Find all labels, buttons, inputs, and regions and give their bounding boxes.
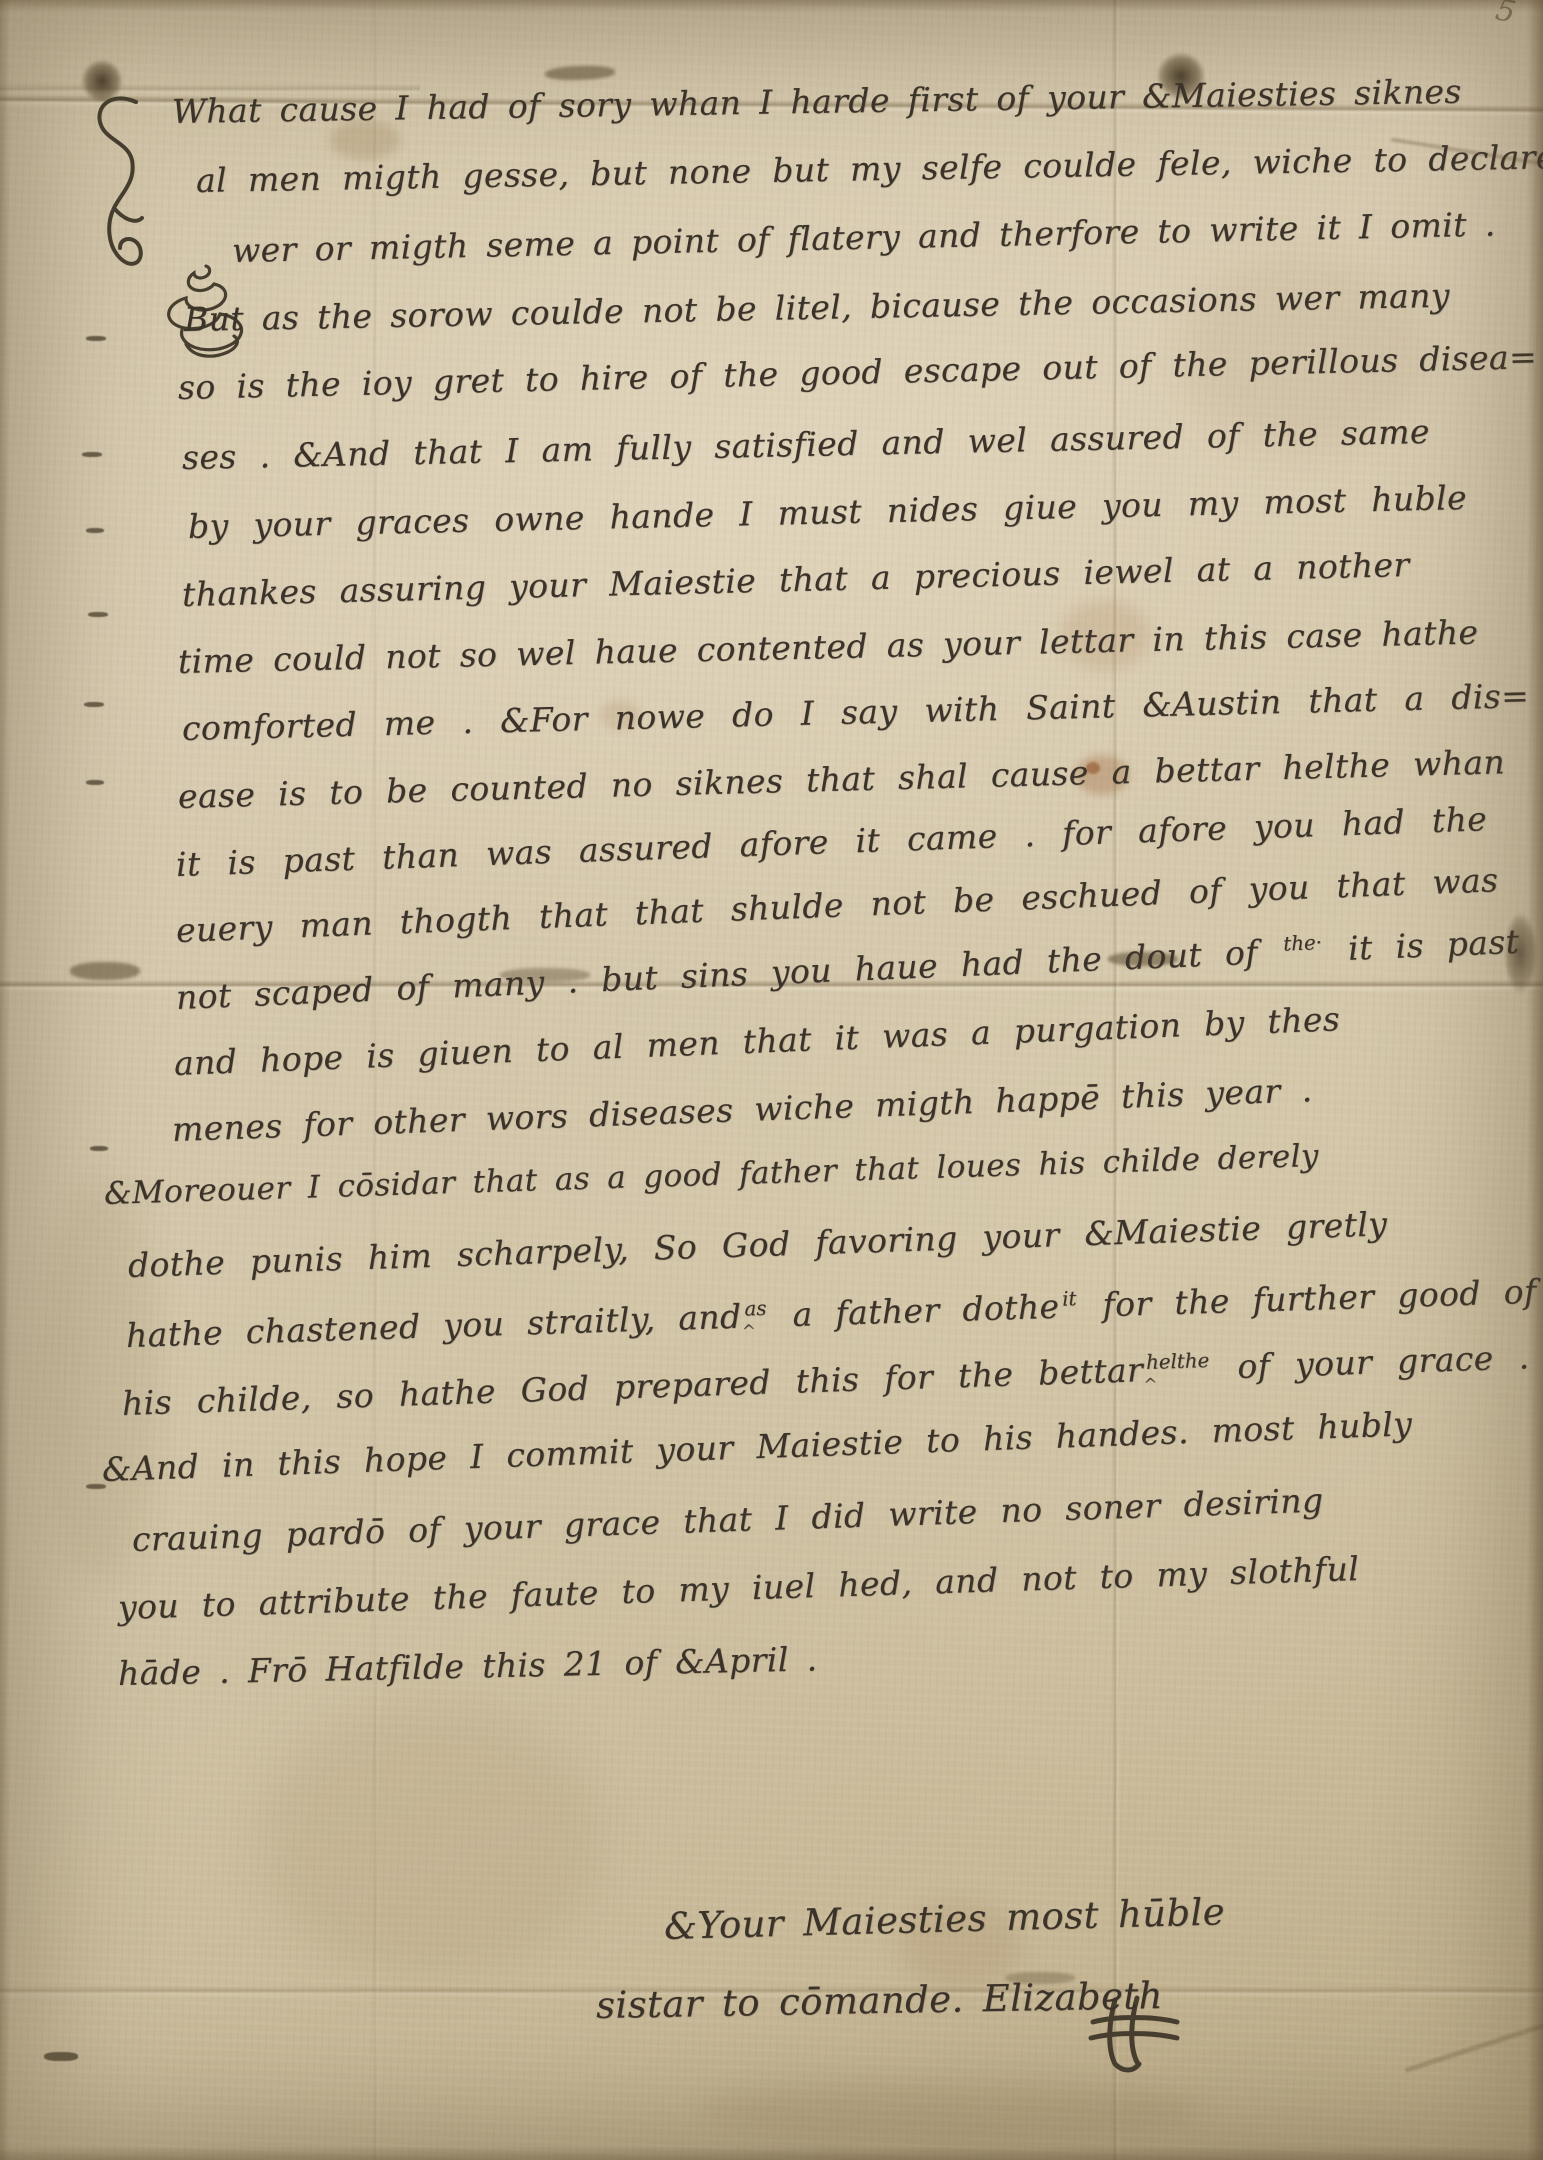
line-segment: ses . &And that I am fully satisfied and… xyxy=(182,412,1431,477)
letter-line: you to attribute the faute to my iuel he… xyxy=(117,1549,1359,1627)
letter-line: thankes assuring your Maiestie that a pr… xyxy=(182,545,1410,614)
line-segment: menes for other wors diseases wiche migt… xyxy=(171,1070,1313,1149)
letter-line: comforted me . &For nowe do I say with S… xyxy=(182,676,1530,748)
line-segment: not scaped of many . but sins you haue h… xyxy=(175,932,1281,1017)
crease-smudge xyxy=(70,962,140,980)
paper-edge-top xyxy=(0,0,1543,12)
stitch-mark xyxy=(84,702,104,707)
letter-line: and hope is giuen to al men that it was … xyxy=(173,999,1341,1083)
line-segment: you to attribute the faute to my iuel he… xyxy=(117,1549,1359,1627)
letter-line: crauing pardō of your grace that I did w… xyxy=(131,1480,1324,1559)
line-segment: by your graces owne hande I must nides g… xyxy=(188,478,1468,546)
line-segment: his childe, so hathe God prepared this f… xyxy=(121,1350,1143,1423)
line-segment: a father dothe xyxy=(769,1287,1060,1335)
line-segment: hāde . Frō Hatfilde this 21 of &April . xyxy=(118,1639,818,1693)
stitch-mark xyxy=(86,780,104,785)
line-segment: crauing pardō of your grace that I did w… xyxy=(131,1480,1324,1559)
line-segment: wer or migth seme a point of flatery and… xyxy=(232,205,1496,270)
letter-line: hathe chastened you straitly, and^as a f… xyxy=(125,1272,1537,1355)
letter-line: What cause I had of sory whan I harde fi… xyxy=(172,72,1462,131)
corner-crease-bottom-right xyxy=(1405,2000,1543,2073)
caret-mark: ^ xyxy=(742,1321,757,1340)
stitch-mark xyxy=(88,612,108,617)
stitch-mark xyxy=(86,528,104,533)
line-segment: hathe chastened you straitly, and xyxy=(125,1297,742,1355)
line-segment: dothe punis him scharpely, So God favori… xyxy=(127,1204,1388,1285)
line-segment: time could not so wel haue contented as … xyxy=(178,612,1479,680)
line-segment: so is the ioy gret to hire of the good e… xyxy=(178,337,1538,407)
caret-mark: ^ xyxy=(1143,1375,1158,1394)
interlinear-word: helthe xyxy=(1146,1349,1210,1374)
paper-edge-right xyxy=(1527,0,1543,2160)
stitch-mark xyxy=(44,2052,78,2061)
letter-line: so is the ioy gret to hire of the good e… xyxy=(178,337,1538,407)
letter-line: al men migth gesse, but none but my self… xyxy=(196,137,1543,200)
paper-edge-left xyxy=(0,0,10,2160)
closing-line: &Your Maiesties most hūble xyxy=(663,1890,1225,1948)
ink-blot xyxy=(74,52,130,110)
interlinear-word: as xyxy=(744,1297,767,1321)
line-segment: of your grace . xyxy=(1212,1337,1530,1386)
crease-smudge xyxy=(545,65,615,81)
line-segment: sistar to cōmande. Elizabeth xyxy=(596,1974,1164,2027)
letter-line: menes for other wors diseases wiche migt… xyxy=(171,1070,1313,1149)
line-segment: &Moreouer I cōsidar that as a good fathe… xyxy=(103,1138,1319,1212)
line-segment: &Your Maiesties most hūble xyxy=(663,1890,1225,1948)
opening-flourish xyxy=(84,90,154,340)
stitch-mark xyxy=(86,336,106,341)
interlinear-word: it xyxy=(1062,1287,1077,1310)
stain xyxy=(700,2080,1200,2140)
stitch-mark xyxy=(82,452,102,457)
letter-line: dothe punis him scharpely, So God favori… xyxy=(127,1204,1388,1285)
line-segment: and hope is giuen to al men that it was … xyxy=(173,999,1341,1083)
line-segment: But as the sorow coulde not be litel, bi… xyxy=(184,276,1451,339)
closing-line: sistar to cōmande. Elizabeth xyxy=(596,1974,1164,2027)
stain xyxy=(260,1700,600,1980)
paper-edge-bottom xyxy=(0,2146,1543,2160)
stitch-mark xyxy=(90,1146,108,1151)
folio-number: 5 xyxy=(1493,0,1519,31)
letter-line: time could not so wel haue contented as … xyxy=(178,612,1479,680)
letter-line: hāde . Frō Hatfilde this 21 of &April . xyxy=(118,1639,818,1693)
letter-line: But as the sorow coulde not be litel, bi… xyxy=(184,276,1451,339)
line-segment: for the further good of xyxy=(1079,1272,1537,1325)
line-segment: it is past xyxy=(1324,922,1520,969)
letter-line: ses . &And that I am fully satisfied and… xyxy=(182,412,1431,477)
line-segment: What cause I had of sory whan I harde fi… xyxy=(172,72,1462,131)
manuscript-page: 5 What cause I had of sory whan I harde … xyxy=(0,0,1543,2160)
letter-line: wer or migth seme a point of flatery and… xyxy=(232,205,1496,270)
line-segment: thankes assuring your Maiestie that a pr… xyxy=(182,545,1410,614)
interlinear-word: the· xyxy=(1283,931,1323,956)
letter-line: &Moreouer I cōsidar that as a good fathe… xyxy=(103,1138,1319,1212)
line-segment: comforted me . &For nowe do I say with S… xyxy=(182,676,1530,748)
letter-line: by your graces owne hande I must nides g… xyxy=(188,478,1468,546)
line-segment: al men migth gesse, but none but my self… xyxy=(196,137,1543,200)
